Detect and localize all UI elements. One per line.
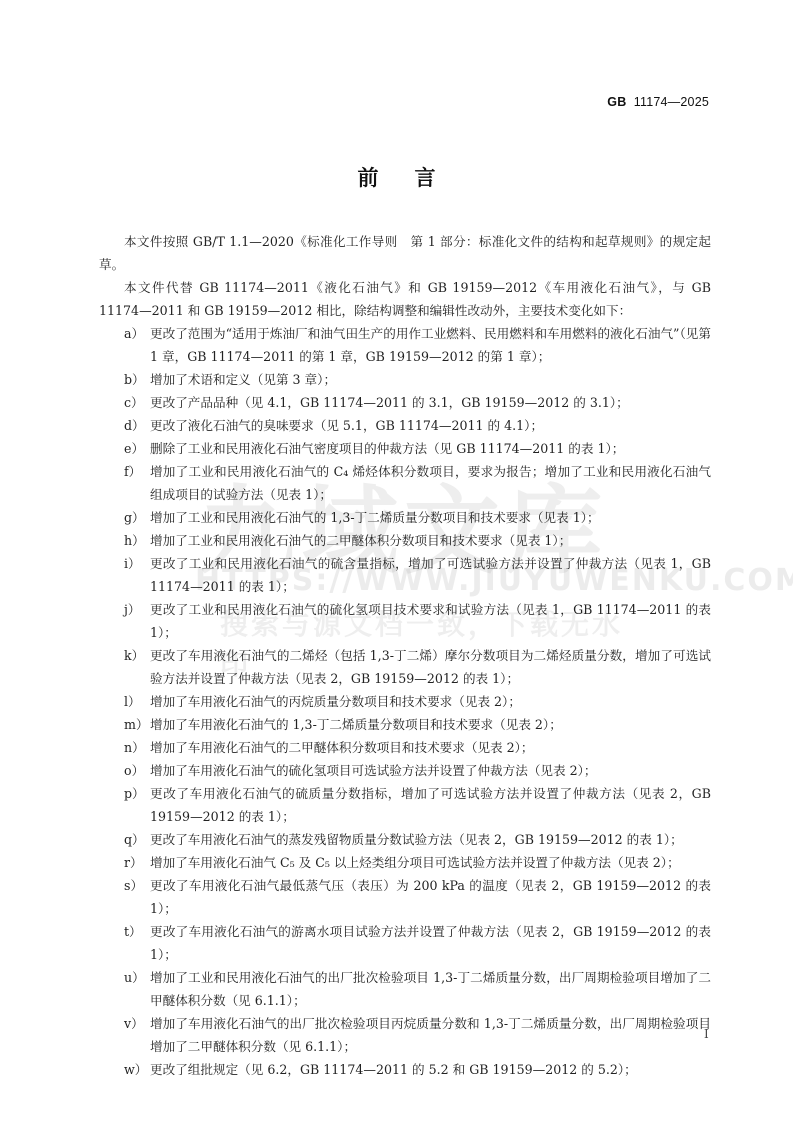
list-item-text: 增加了车用液化石油气 C₅ 及 C₅ 以上烃类组分项目可选试验方法并设置了仲裁方… (150, 855, 680, 870)
list-item-text: 更改了车用液化石油气的硫质量分数指标，增加了可选试验方法并设置了仲裁方法（见表 … (150, 786, 711, 824)
list-item: i）更改了工业和民用液化石油气的硫含量指标，增加了可选试验方法并设置了仲裁方法（… (99, 552, 711, 598)
list-item-text: 增加了工业和民用液化石油气的 C₄ 烯烃体积分数项目，要求为报告；增加了工业和民… (150, 464, 711, 502)
list-item-label: m） (124, 713, 149, 736)
list-item-label: e） (124, 437, 144, 460)
list-item: j）更改了工业和民用液化石油气的硫化氢项目技术要求和试验方法（见表 1，GB 1… (99, 598, 711, 644)
foreword-body: 本文件按照 GB/T 1.1—2020《标准化工作导则 第 1 部分：标准化文件… (99, 230, 711, 1081)
list-item-label: u） (124, 966, 145, 989)
list-item-text: 删除了工业和民用液化石油气密度项目的仲裁方法（见 GB 11174—2011 的… (150, 441, 624, 456)
list-item-label: f） (124, 460, 141, 483)
list-item: l）增加了车用液化石油气的丙烷质量分数项目和技术要求（见表 2）； (99, 690, 711, 713)
list-item-text: 增加了车用液化石油气的 1,3-丁二烯质量分数项目和技术要求（见表 2）； (150, 717, 562, 732)
list-item: f）增加了工业和民用液化石油气的 C₄ 烯烃体积分数项目，要求为报告；增加了工业… (99, 460, 711, 506)
list-item-label: o） (124, 759, 144, 782)
list-item-label: n） (124, 736, 145, 759)
paragraph-drafting-rules: 本文件按照 GB/T 1.1—2020《标准化工作导则 第 1 部分：标准化文件… (99, 230, 711, 276)
list-item: d）更改了液化石油气的臭味要求（见 5.1，GB 11174—2011 的 4.… (99, 414, 711, 437)
list-item-text: 更改了车用液化石油气的游离水项目试验方法并设置了仲裁方法（见表 2，GB 191… (150, 924, 711, 962)
list-item-label: k） (124, 644, 144, 667)
list-item-text: 更改了液化石油气的臭味要求（见 5.1，GB 11174—2011 的 4.1）… (150, 418, 543, 433)
list-item-text: 增加了工业和民用液化石油气的二甲醚体积分数项目和技术要求（见表 1）； (150, 533, 571, 548)
list-item-text: 更改了工业和民用液化石油气的硫化氢项目技术要求和试验方法（见表 1，GB 111… (150, 602, 711, 640)
standard-code: 11174—2025 (634, 95, 709, 109)
list-item: p）更改了车用液化石油气的硫质量分数指标，增加了可选试验方法并设置了仲裁方法（见… (99, 782, 711, 828)
list-item-text: 更改了组批规定（见 6.2，GB 11174—2011 的 5.2 和 GB 1… (150, 1062, 637, 1077)
document-page: 九域文库 HTTPS://WWW.JIUYUWENKU.COM 搜索与源文档一致… (0, 0, 793, 1122)
page-title: 前言 (0, 162, 793, 192)
list-item: o）增加了车用液化石油气的硫化氢项目可选试验方法并设置了仲裁方法（见表 2）； (99, 759, 711, 782)
list-item: c）更改了产品品种（见 4.1，GB 11174—2011 的 3.1，GB 1… (99, 391, 711, 414)
list-item-text: 增加了车用液化石油气的丙烷质量分数项目和技术要求（见表 2）； (150, 694, 521, 709)
list-item-text: 增加了车用液化石油气的二甲醚体积分数项目和技术要求（见表 2）； (150, 740, 534, 755)
list-item-text: 增加了工业和民用液化石油气的出厂批次检验项目 1,3-丁二烯质量分数，出厂周期检… (150, 970, 711, 1008)
list-item: k）更改了车用液化石油气的二烯烃（包括 1,3-丁二烯）摩尔分数项目为二烯烃质量… (99, 644, 711, 690)
list-item-label: i） (124, 552, 141, 575)
list-item: m）增加了车用液化石油气的 1,3-丁二烯质量分数项目和技术要求（见表 2）； (99, 713, 711, 736)
list-item: b）增加了术语和定义（见第 3 章）； (99, 368, 711, 391)
list-item: v）增加了车用液化石油气的出厂批次检验项目丙烷质量分数和 1,3-丁二烯质量分数… (99, 1012, 711, 1058)
list-item-label: b） (124, 368, 145, 391)
list-item-label: j） (124, 598, 141, 621)
list-item-label: h） (124, 529, 145, 552)
list-item-text: 更改了车用液化石油气的蒸发残留物质量分数试验方法（见表 2，GB 19159—2… (150, 832, 683, 847)
list-item-label: q） (124, 828, 145, 851)
list-item-label: s） (124, 874, 143, 897)
list-item-label: r） (124, 851, 143, 874)
standard-prefix: GB (607, 95, 626, 109)
list-item-label: a） (124, 322, 144, 345)
list-item-text: 更改了范围为“适用于炼油厂和油气田生产的用作工业燃料、民用燃料和车用燃料的液化石… (150, 326, 711, 364)
changes-list: a）更改了范围为“适用于炼油厂和油气田生产的用作工业燃料、民用燃料和车用燃料的液… (99, 322, 711, 1081)
list-item: a）更改了范围为“适用于炼油厂和油气田生产的用作工业燃料、民用燃料和车用燃料的液… (99, 322, 711, 368)
list-item: n）增加了车用液化石油气的二甲醚体积分数项目和技术要求（见表 2）； (99, 736, 711, 759)
list-item-label: l） (124, 690, 141, 713)
paragraph-replacement: 本文件代替 GB 11174—2011《液化石油气》和 GB 19159—201… (99, 276, 711, 322)
list-item-text: 更改了车用液化石油气的二烯烃（包括 1,3-丁二烯）摩尔分数项目为二烯烃质量分数… (150, 648, 711, 686)
list-item-label: g） (124, 506, 145, 529)
list-item: h）增加了工业和民用液化石油气的二甲醚体积分数项目和技术要求（见表 1）； (99, 529, 711, 552)
list-item: w）更改了组批规定（见 6.2，GB 11174—2011 的 5.2 和 GB… (99, 1058, 711, 1081)
list-item-label: v） (124, 1012, 144, 1035)
list-item: e）删除了工业和民用液化石油气密度项目的仲裁方法（见 GB 11174—2011… (99, 437, 711, 460)
list-item-label: p） (124, 782, 145, 805)
list-item: s）更改了车用液化石油气最低蒸气压（表压）为 200 kPa 的温度（见表 2，… (99, 874, 711, 920)
list-item-label: t） (124, 920, 142, 943)
page-number: I (704, 1027, 709, 1041)
list-item-text: 增加了术语和定义（见第 3 章）； (150, 372, 336, 387)
list-item-label: c） (124, 391, 144, 414)
list-item-text: 更改了车用液化石油气最低蒸气压（表压）为 200 kPa 的温度（见表 2，GB… (150, 878, 711, 916)
standard-number: GB 11174—2025 (607, 95, 709, 109)
list-item-text: 更改了工业和民用液化石油气的硫含量指标，增加了可选试验方法并设置了仲裁方法（见表… (150, 556, 711, 594)
list-item-text: 增加了车用液化石油气的出厂批次检验项目丙烷质量分数和 1,3-丁二烯质量分数，出… (150, 1016, 711, 1054)
list-item: g）增加了工业和民用液化石油气的 1,3-丁二烯质量分数项目和技术要求（见表 1… (99, 506, 711, 529)
list-item-text: 增加了车用液化石油气的硫化氢项目可选试验方法并设置了仲裁方法（见表 2）； (150, 763, 597, 778)
list-item: q）更改了车用液化石油气的蒸发残留物质量分数试验方法（见表 2，GB 19159… (99, 828, 711, 851)
list-item-text: 增加了工业和民用液化石油气的 1,3-丁二烯质量分数项目和技术要求（见表 1）； (150, 510, 600, 525)
list-item-label: w） (124, 1058, 147, 1081)
list-item: t）更改了车用液化石油气的游离水项目试验方法并设置了仲裁方法（见表 2，GB 1… (99, 920, 711, 966)
list-item: r）增加了车用液化石油气 C₅ 及 C₅ 以上烃类组分项目可选试验方法并设置了仲… (99, 851, 711, 874)
list-item-text: 更改了产品品种（见 4.1，GB 11174—2011 的 3.1，GB 191… (150, 395, 629, 410)
list-item: u）增加了工业和民用液化石油气的出厂批次检验项目 1,3-丁二烯质量分数，出厂周… (99, 966, 711, 1012)
list-item-label: d） (124, 414, 145, 437)
